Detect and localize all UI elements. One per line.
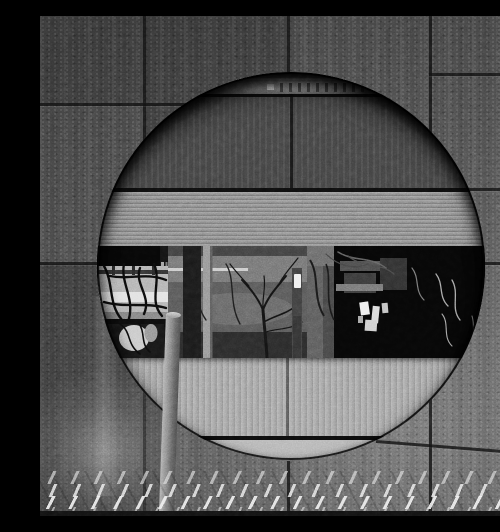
concrete-sill xyxy=(97,358,485,439)
photo xyxy=(40,16,500,516)
window-view xyxy=(97,246,485,358)
wall-seam xyxy=(483,262,500,265)
wall-seam xyxy=(287,461,290,516)
circular-opening xyxy=(97,72,485,460)
sky-gap-highlight xyxy=(227,78,367,80)
background-pillar xyxy=(307,246,334,358)
field-view xyxy=(160,246,309,358)
sunlit-spot xyxy=(267,84,274,90)
sunlit-highlights xyxy=(358,301,388,331)
bottom-rim-crescent xyxy=(97,440,485,460)
dark-structures xyxy=(336,258,407,293)
pole-cap xyxy=(166,312,181,319)
wall-seam xyxy=(40,262,100,265)
inner-wall-joint xyxy=(290,94,293,188)
sky-gap xyxy=(97,72,485,94)
concrete-beam xyxy=(97,192,485,246)
wall-seam xyxy=(287,16,290,74)
ground-shadow xyxy=(40,511,500,516)
distant-railing xyxy=(280,83,364,92)
arrow-signpost xyxy=(292,268,302,358)
